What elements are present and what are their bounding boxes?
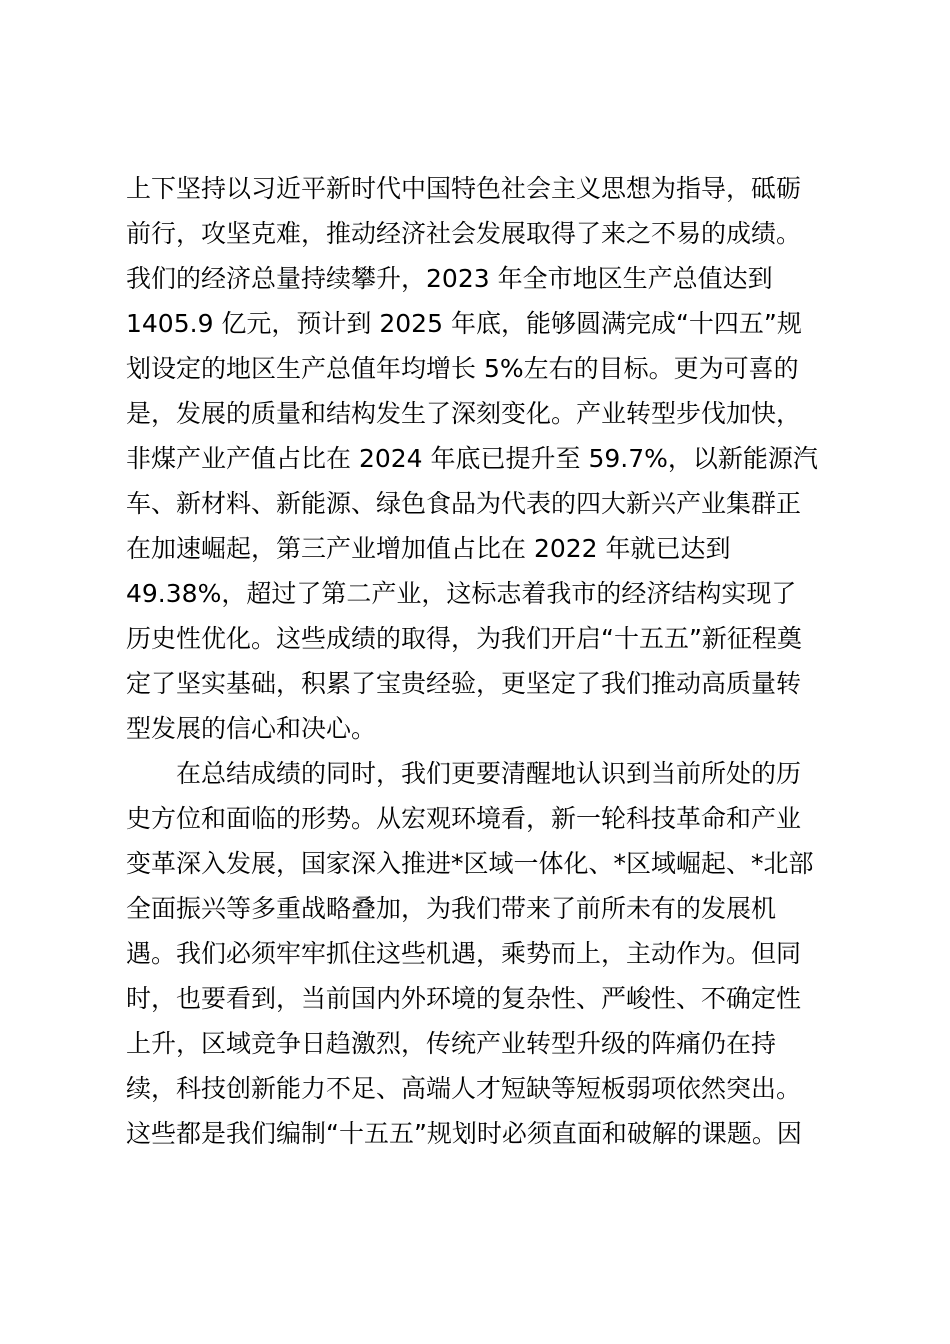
text-line: 续，科技创新能力不足、高端人才短缺等短板弱项依然突出。 [126,1066,838,1111]
text-line: 前行，攻坚克难，推动经济社会发展取得了来之不易的成绩。 [126,211,838,256]
text-line: 变革深入发展，国家深入推进*区域一体化、*区域崛起、*北部 [126,841,838,886]
text-line: 划设定的地区生产总值年均增长 5%左右的目标。更为可喜的 [126,346,838,391]
text-line: 历史性优化。这些成绩的取得，为我们开启“十五五”新征程奠 [126,616,838,661]
text-line: 上下坚持以习近平新时代中国特色社会主义思想为指导，砥砺 [126,166,838,211]
text-line: 车、新材料、新能源、绿色食品为代表的四大新兴产业集群正 [126,481,838,526]
document-page: 上下坚持以习近平新时代中国特色社会主义思想为指导，砥砺 前行，攻坚克难，推动经济… [0,0,950,1344]
text-line: 是，发展的质量和结构发生了深刻变化。产业转型步伐加快， [126,391,838,436]
text-line: 1405.9 亿元，预计到 2025 年底，能够圆满完成“十四五”规 [126,301,838,346]
document-body: 上下坚持以习近平新时代中国特色社会主义思想为指导，砥砺 前行，攻坚克难，推动经济… [126,166,838,1156]
text-line: 在总结成绩的同时，我们更要清醒地认识到当前所处的历 [126,751,838,796]
text-line: 时，也要看到，当前国内外环境的复杂性、严峻性、不确定性 [126,976,838,1021]
text-line: 这些都是我们编制“十五五”规划时必须直面和破解的课题。因 [126,1111,838,1156]
paragraph-achievements: 上下坚持以习近平新时代中国特色社会主义思想为指导，砥砺 前行，攻坚克难，推动经济… [126,166,838,751]
text-line: 全面振兴等多重战略叠加，为我们带来了前所未有的发展机 [126,886,838,931]
text-line: 遇。我们必须牢牢抓住这些机遇，乘势而上，主动作为。但同 [126,931,838,976]
text-line: 史方位和面临的形势。从宏观环境看，新一轮科技革命和产业 [126,796,838,841]
paragraph-situation-analysis: 在总结成绩的同时，我们更要清醒地认识到当前所处的历 史方位和面临的形势。从宏观环… [126,751,838,1156]
text-line: 我们的经济总量持续攀升，2023 年全市地区生产总值达到 [126,256,838,301]
text-line: 上升，区域竞争日趋激烈，传统产业转型升级的阵痛仍在持 [126,1021,838,1066]
text-line: 非煤产业产值占比在 2024 年底已提升至 59.7%，以新能源汽 [126,436,838,481]
text-line: 型发展的信心和决心。 [126,706,838,751]
text-line: 49.38%，超过了第二产业，这标志着我市的经济结构实现了 [126,571,838,616]
text-line: 在加速崛起，第三产业增加值占比在 2022 年就已达到 [126,526,838,571]
text-line: 定了坚实基础，积累了宝贵经验，更坚定了我们推动高质量转 [126,661,838,706]
